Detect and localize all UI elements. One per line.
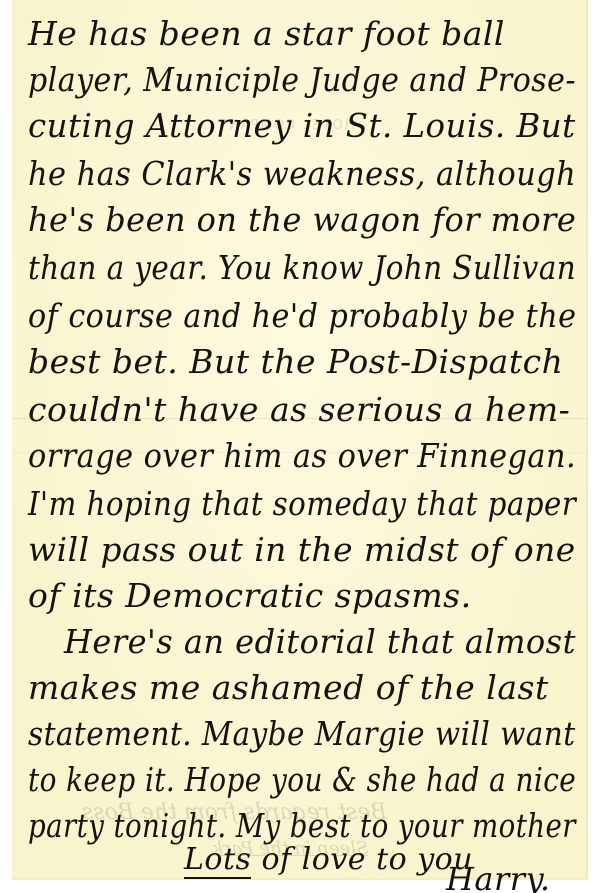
letter-line: he's been on the wagon for more bbox=[28, 200, 576, 239]
letter-line: He has been a star foot ball bbox=[28, 14, 505, 53]
closing-line: Lots of love to you bbox=[184, 842, 473, 877]
letter-line: party tonight. My best to your mother bbox=[28, 806, 576, 845]
letter-line: statement. Maybe Margie will want bbox=[28, 714, 576, 753]
letter-line: orrage over him as over Finnegan. bbox=[28, 436, 576, 475]
letter-line: he has Clark's weakness, although bbox=[28, 154, 576, 193]
letter-line: to keep it. Hope you & she had a nice bbox=[28, 760, 576, 799]
letter-line: Here's an editorial that almost bbox=[64, 622, 576, 661]
letter-line: cuting Attorney in St. Louis. But bbox=[28, 106, 576, 145]
closing-underlined-word: Lots bbox=[184, 842, 251, 879]
letter-line: I'm hoping that someday that paper bbox=[28, 484, 576, 523]
letter-line: of its Democratic spasms. bbox=[28, 576, 472, 615]
letter-line: makes me ashamed of the last bbox=[28, 668, 549, 707]
letter-line: player, Municiple Judge and Prose- bbox=[28, 60, 576, 99]
closing-rest: of love to you bbox=[251, 842, 473, 877]
signature: Harry. bbox=[446, 860, 551, 893]
letter-line: of course and he'd probably be the bbox=[28, 296, 576, 335]
letter-line: will pass out in the midst of one bbox=[28, 530, 576, 569]
letter-line: couldn't have as serious a hem- bbox=[28, 390, 570, 429]
letter-line: best bet. But the Post-Dispatch bbox=[28, 342, 563, 381]
letter-line: than a year. You know John Sullivan bbox=[28, 248, 576, 287]
